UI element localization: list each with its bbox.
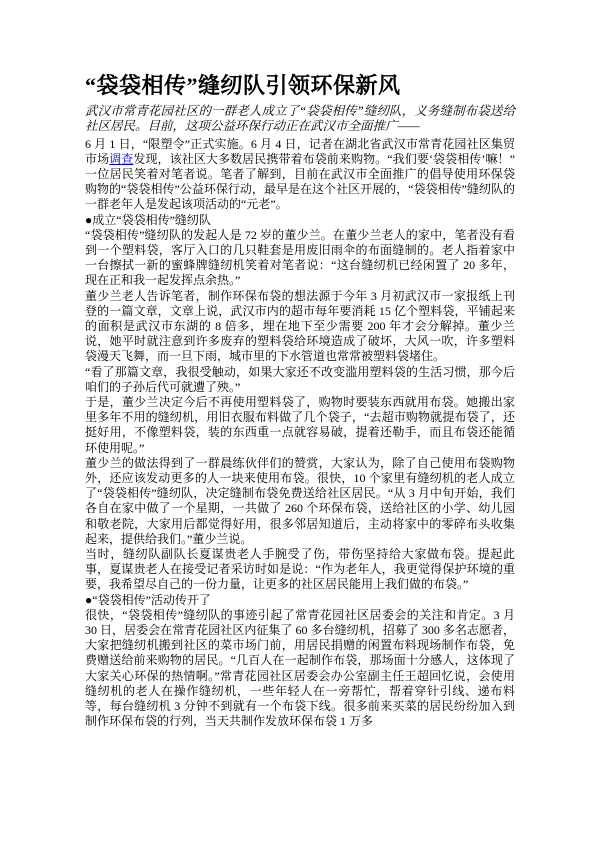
paragraph: 当时，缝纫队副队长夏谋贵老人手腕受了伤，带伤坚持给大家做布袋。提起此事，夏谋贵老… — [85, 547, 515, 593]
paragraph: 于是，董少兰决定今后不再使用塑料袋了，购物时要装东西就用布袋。她搬出家里多年不用… — [85, 395, 515, 456]
paragraph: 董少兰老人告诉笔者，制作环保布袋的想法源于今年 3 月初武汉市一家报纸上刊登的一… — [85, 289, 515, 365]
intro-paragraph: 6 月 1 日，“限塑令”正式实施。6 月 4 日，记者在湖北省武汉市常青花园社… — [85, 137, 515, 213]
diaocha-link[interactable]: 调查 — [109, 152, 133, 166]
page-title: “袋袋相传”缝纫队引领环保新风 — [85, 72, 515, 100]
paragraph: “袋袋相传”缝纫队的发起人是 72 岁的董少兰。在董少兰老人的家中，笔者没有看到… — [85, 228, 515, 289]
paragraph: 董少兰的做法得到了一群晨练伙伴们的赞赏，大家认为，除了自己使用布袋购物外，还应该… — [85, 456, 515, 547]
article-subtitle: 武汉市常青花园社区的一群老人成立了“袋袋相传”缝纫队，义务缝制布袋送给社区居民。… — [85, 104, 515, 134]
section-heading-spread: ●“袋袋相传”活动传开了 — [85, 593, 515, 608]
document-page: “袋袋相传”缝纫队引领环保新风 武汉市常青花园社区的一群老人成立了“袋袋相传”缝… — [0, 0, 595, 842]
article-content: “袋袋相传”缝纫队引领环保新风 武汉市常青花园社区的一群老人成立了“袋袋相传”缝… — [85, 72, 515, 729]
intro-text-after-link: 发现，该社区大多数居民携带着布袋前来购物。“我们要‘袋袋相传’嘛！”一位居民笑着… — [85, 152, 515, 212]
section-heading-founding: ●成立“袋袋相传”缝纫队 — [85, 213, 515, 228]
article-body: 6 月 1 日，“限塑令”正式实施。6 月 4 日，记者在湖北省武汉市常青花园社… — [85, 137, 515, 730]
paragraph: “看了那篇文章，我很受触动，如果大家还不改变滥用塑料袋的生活习惯，那今后咱们的子… — [85, 365, 515, 395]
paragraph: 很快，“袋袋相传”缝纫队的事迹引起了常青花园社区居委会的关注和肯定。3 月 30… — [85, 608, 515, 730]
